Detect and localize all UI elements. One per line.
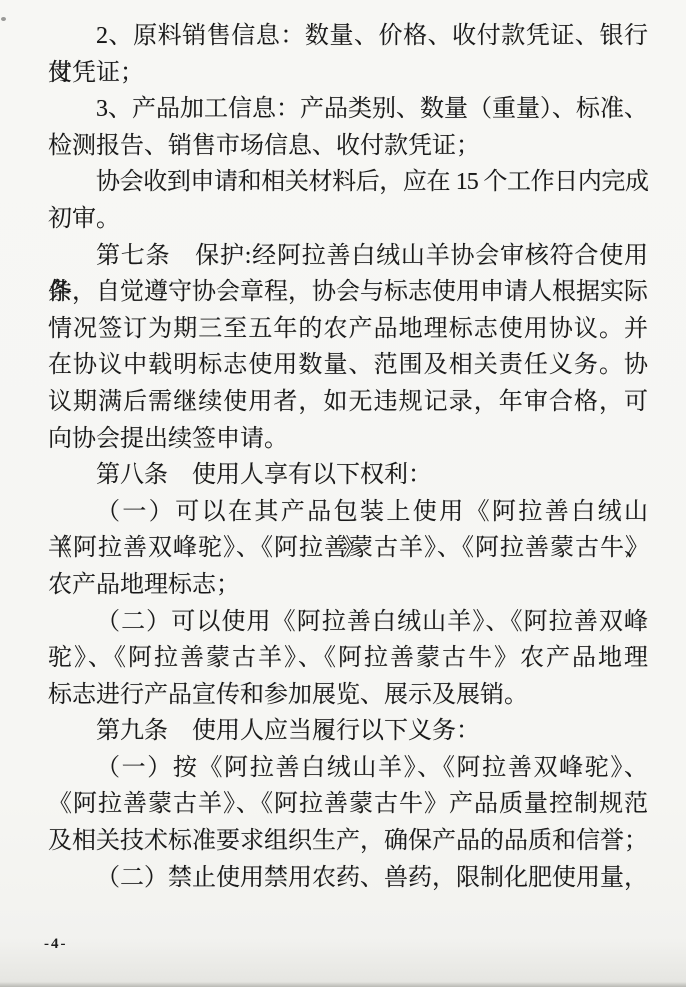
text-line: 向协会提出续签申请。 (48, 421, 648, 458)
text-line: 《阿拉善蒙古羊》、《阿拉善蒙古牛》产品质量控制规范 (48, 786, 648, 823)
text-line: 付凭证； (48, 55, 648, 92)
text-line: （二）可以使用《阿拉善白绒山羊》、《阿拉善双峰 (48, 604, 648, 641)
text-line: 初审。 (48, 201, 648, 238)
text-line: 第九条 使用人应当履行以下义务： (48, 713, 648, 750)
text-line: （一）可以在其产品包装上使用《阿拉善白绒山羊》、 (48, 494, 648, 531)
text-line: 《阿拉善双峰驼》、《阿拉善蒙古羊》、《阿拉善蒙古牛》 (48, 530, 648, 567)
text-line: （二）禁止使用禁用农药、兽药，限制化肥使用量， (48, 860, 648, 897)
text-line: 协会收到申请和相关材料后，应在 15 个工作日内完成 (48, 164, 648, 201)
scan-bottom-edge (0, 982, 686, 987)
text-line: 驼》、《阿拉善蒙古羊》、《阿拉善蒙古牛》农产品地理 (48, 640, 648, 677)
document-body: 2、原料销售信息：数量、价格、收付款凭证、银行支付凭证；3、产品加工信息：产品类… (48, 18, 648, 896)
text-line: （一）按《阿拉善白绒山羊》、《阿拉善双峰驼》、 (48, 750, 648, 787)
page-number: -4- (44, 936, 68, 953)
text-line: 在协议中载明标志使用数量、范围及相关责任义务。协 (48, 347, 648, 384)
text-line: 件，自觉遵守协会章程，协会与标志使用申请人根据实际 (48, 274, 648, 311)
text-line: 标志进行产品宣传和参加展览、展示及展销。 (48, 677, 648, 714)
text-line: 第七条 保护:经阿拉善白绒山羊协会审核符合使用条 (48, 238, 648, 275)
text-line: 第八条 使用人享有以下权利： (48, 457, 648, 494)
text-line: 检测报告、销售市场信息、收付款凭证； (48, 128, 648, 165)
scan-speck (1, 17, 6, 21)
text-line: 农产品地理标志； (48, 567, 648, 604)
document-page: 2、原料销售信息：数量、价格、收付款凭证、银行支付凭证；3、产品加工信息：产品类… (0, 0, 686, 987)
text-line: 及相关技术标准要求组织生产，确保产品的品质和信誉； (48, 823, 648, 860)
text-line: 2、原料销售信息：数量、价格、收付款凭证、银行支 (48, 18, 648, 55)
text-line: 情况签订为期三至五年的农产品地理标志使用协议。并 (48, 311, 648, 348)
text-line: 议期满后需继续使用者，如无违规记录，年审合格，可 (48, 384, 648, 421)
text-line: 3、产品加工信息：产品类别、数量（重量）、标准、 (48, 91, 648, 128)
